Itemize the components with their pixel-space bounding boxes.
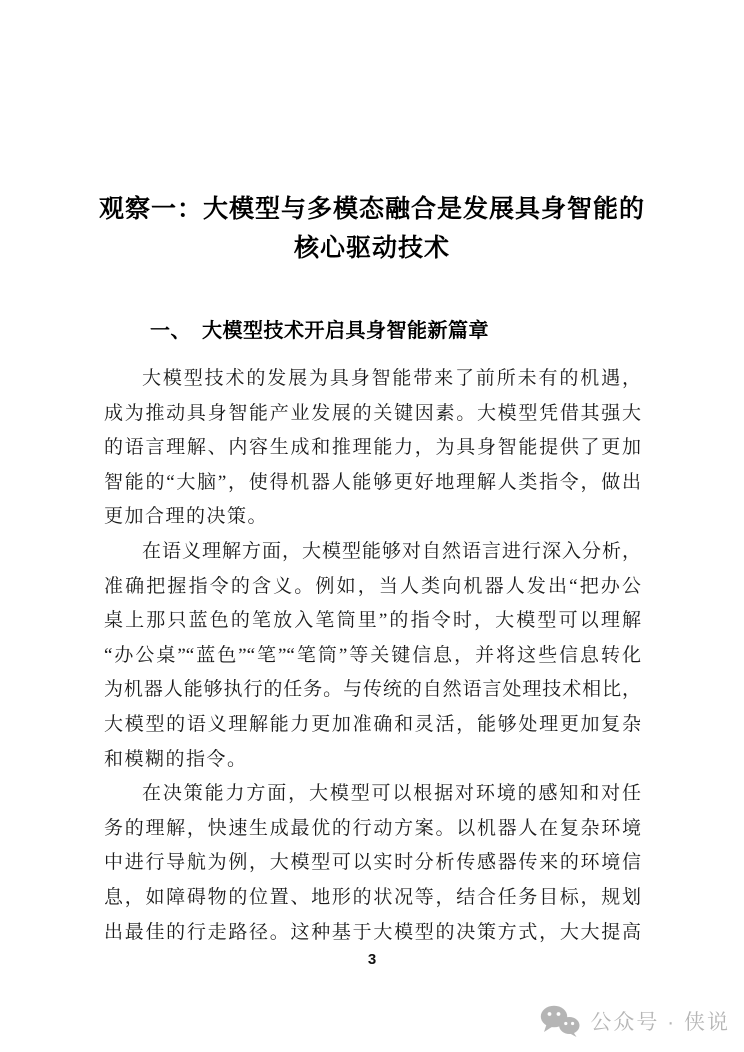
page-number: 3 bbox=[0, 951, 744, 968]
page-title-line2: 核心驱动技术 bbox=[52, 229, 692, 268]
page-title-line1: 观察一：大模型与多模态融合是发展具身智能的 bbox=[52, 190, 692, 229]
text-line: 智能的“大脑”，使得机器人能够更好地理解人类指令，做出 bbox=[104, 466, 641, 501]
body-text: 大模型技术的发展为具身智能带来了前所未有的机遇，成为推动具身智能产业发展的关键因… bbox=[104, 362, 641, 950]
text-line: 息，如障碍物的位置、地形的状况等，结合任务目标，规划 bbox=[104, 881, 641, 916]
text-line: 更加合理的决策。 bbox=[104, 500, 641, 535]
watermark: 公众号 · 侠说 bbox=[540, 1004, 730, 1038]
text-line: 中进行导航为例，大模型可以实时分析传感器传来的环境信 bbox=[104, 846, 641, 881]
text-line: 的语言理解、内容生成和推理能力，为具身智能提供了更加 bbox=[104, 431, 641, 466]
text-line: 和模糊的指令。 bbox=[104, 743, 641, 778]
paragraph: 大模型技术的发展为具身智能带来了前所未有的机遇，成为推动具身智能产业发展的关键因… bbox=[104, 362, 641, 535]
text-line: 在语义理解方面，大模型能够对自然语言进行深入分析， bbox=[104, 535, 641, 570]
document-page: 观察一：大模型与多模态融合是发展具身智能的 核心驱动技术 一、大模型技术开启具身… bbox=[0, 0, 744, 1052]
page-title: 观察一：大模型与多模态融合是发展具身智能的 核心驱动技术 bbox=[52, 190, 692, 268]
text-line: 出最佳的行走路径。这种基于大模型的决策方式，大大提高 bbox=[104, 916, 641, 951]
text-line: 桌上那只蓝色的笔放入笔筒里”的指令时，大模型可以理解 bbox=[104, 604, 641, 639]
wechat-icon bbox=[540, 1004, 580, 1038]
section-number: 一、 bbox=[150, 320, 191, 342]
section-heading: 一、大模型技术开启具身智能新篇章 bbox=[150, 314, 489, 343]
text-line: 成为推动具身智能产业发展的关键因素。大模型凭借其强大 bbox=[104, 397, 641, 432]
text-line: 务的理解，快速生成最优的行动方案。以机器人在复杂环境 bbox=[104, 812, 641, 847]
paragraph: 在决策能力方面，大模型可以根据对环境的感知和对任务的理解，快速生成最优的行动方案… bbox=[104, 777, 641, 950]
text-line: “办公桌”“蓝色”“笔”“笔筒”等关键信息，并将这些信息转化 bbox=[104, 639, 641, 674]
text-line: 大模型技术的发展为具身智能带来了前所未有的机遇， bbox=[104, 362, 641, 397]
watermark-label: 公众号 · 侠说 bbox=[590, 1006, 730, 1036]
text-line: 准确把握指令的含义。例如，当人类向机器人发出“把办公 bbox=[104, 570, 641, 605]
paragraph: 在语义理解方面，大模型能够对自然语言进行深入分析，准确把握指令的含义。例如，当人… bbox=[104, 535, 641, 777]
text-line: 在决策能力方面，大模型可以根据对环境的感知和对任 bbox=[104, 777, 641, 812]
section-heading-text: 大模型技术开启具身智能新篇章 bbox=[202, 320, 489, 342]
text-line: 为机器人能够执行的任务。与传统的自然语言处理技术相比， bbox=[104, 673, 641, 708]
text-line: 大模型的语义理解能力更加准确和灵活，能够处理更加复杂 bbox=[104, 708, 641, 743]
